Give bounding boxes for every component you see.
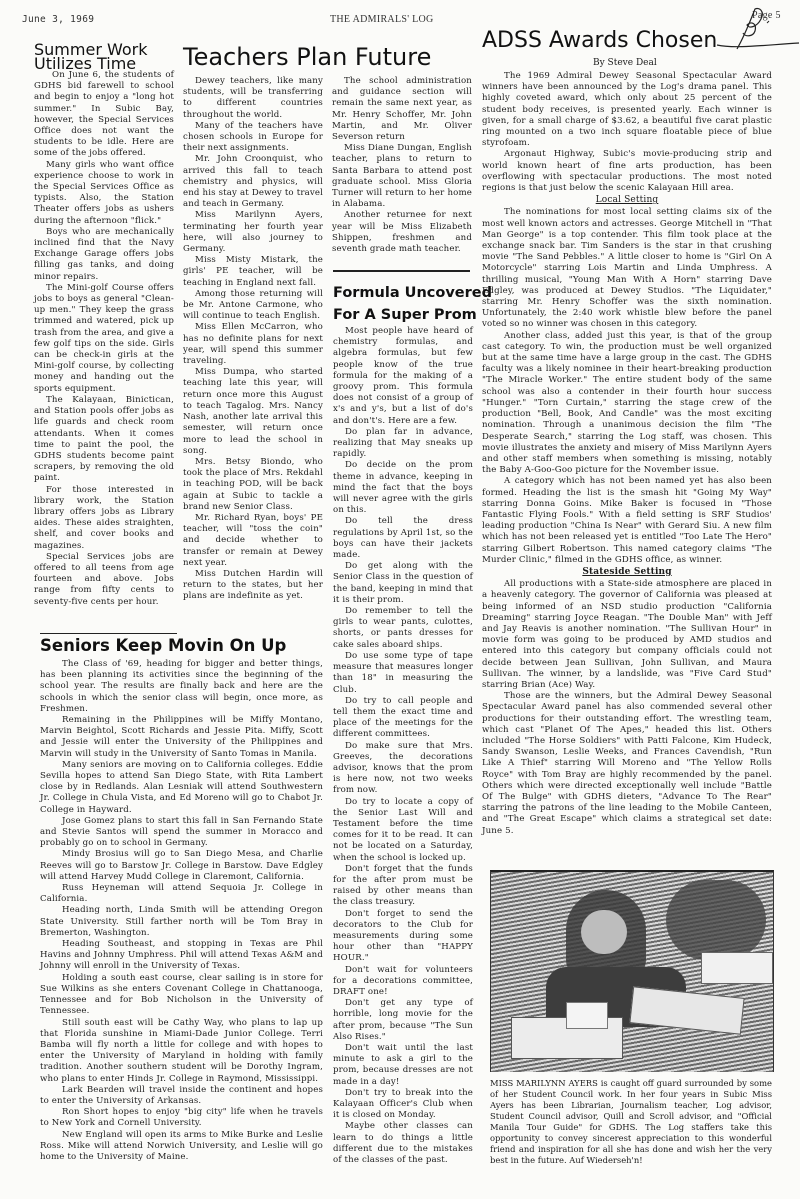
photo-caption: MISS MARILYNN AYERS is caught off guard … <box>490 1078 772 1166</box>
adss-body: The 1969 Admiral Dewey Seasonal Spectacu… <box>482 71 772 837</box>
headline-formula: Formula Uncovered For A Super Prom <box>333 282 492 326</box>
handwritten-signature-icon <box>715 5 800 60</box>
divider-rule <box>333 270 470 272</box>
subhead-local-setting: Local Setting <box>482 195 772 206</box>
headline-teachers: Teachers Plan Future <box>183 45 431 69</box>
headline-adss: ADSS Awards Chosen <box>482 30 717 52</box>
box-shape <box>629 986 744 1035</box>
divider-rule <box>40 633 177 634</box>
plant-shape <box>666 880 766 960</box>
box-shape <box>701 952 773 984</box>
seniors-body: The Class of '69, heading for bigger and… <box>40 659 323 1163</box>
summer-work-body: On June 6, the students of GDHS bid fare… <box>34 70 174 608</box>
headline-summer-work: Summer Work Utilizes Time <box>34 43 148 71</box>
subhead-stateside-setting: Stateside Setting <box>482 567 772 578</box>
publication-title: THE ADMIRALS' LOG <box>330 14 434 25</box>
teachers-col-2: The school administration and guidance s… <box>332 76 472 255</box>
photo-marilynn-ayers <box>490 870 774 1072</box>
issue-date: June 3, 1969 <box>22 14 94 25</box>
teachers-col-1: Dewey teachers, like many students, will… <box>183 76 323 603</box>
formula-body: Most people have heard of chemistry form… <box>333 326 473 1166</box>
card-shape <box>566 1002 608 1029</box>
headline-seniors: Seniors Keep Movin On Up <box>40 638 286 655</box>
byline: By Steve Deal <box>593 58 657 68</box>
person-face <box>581 910 627 954</box>
